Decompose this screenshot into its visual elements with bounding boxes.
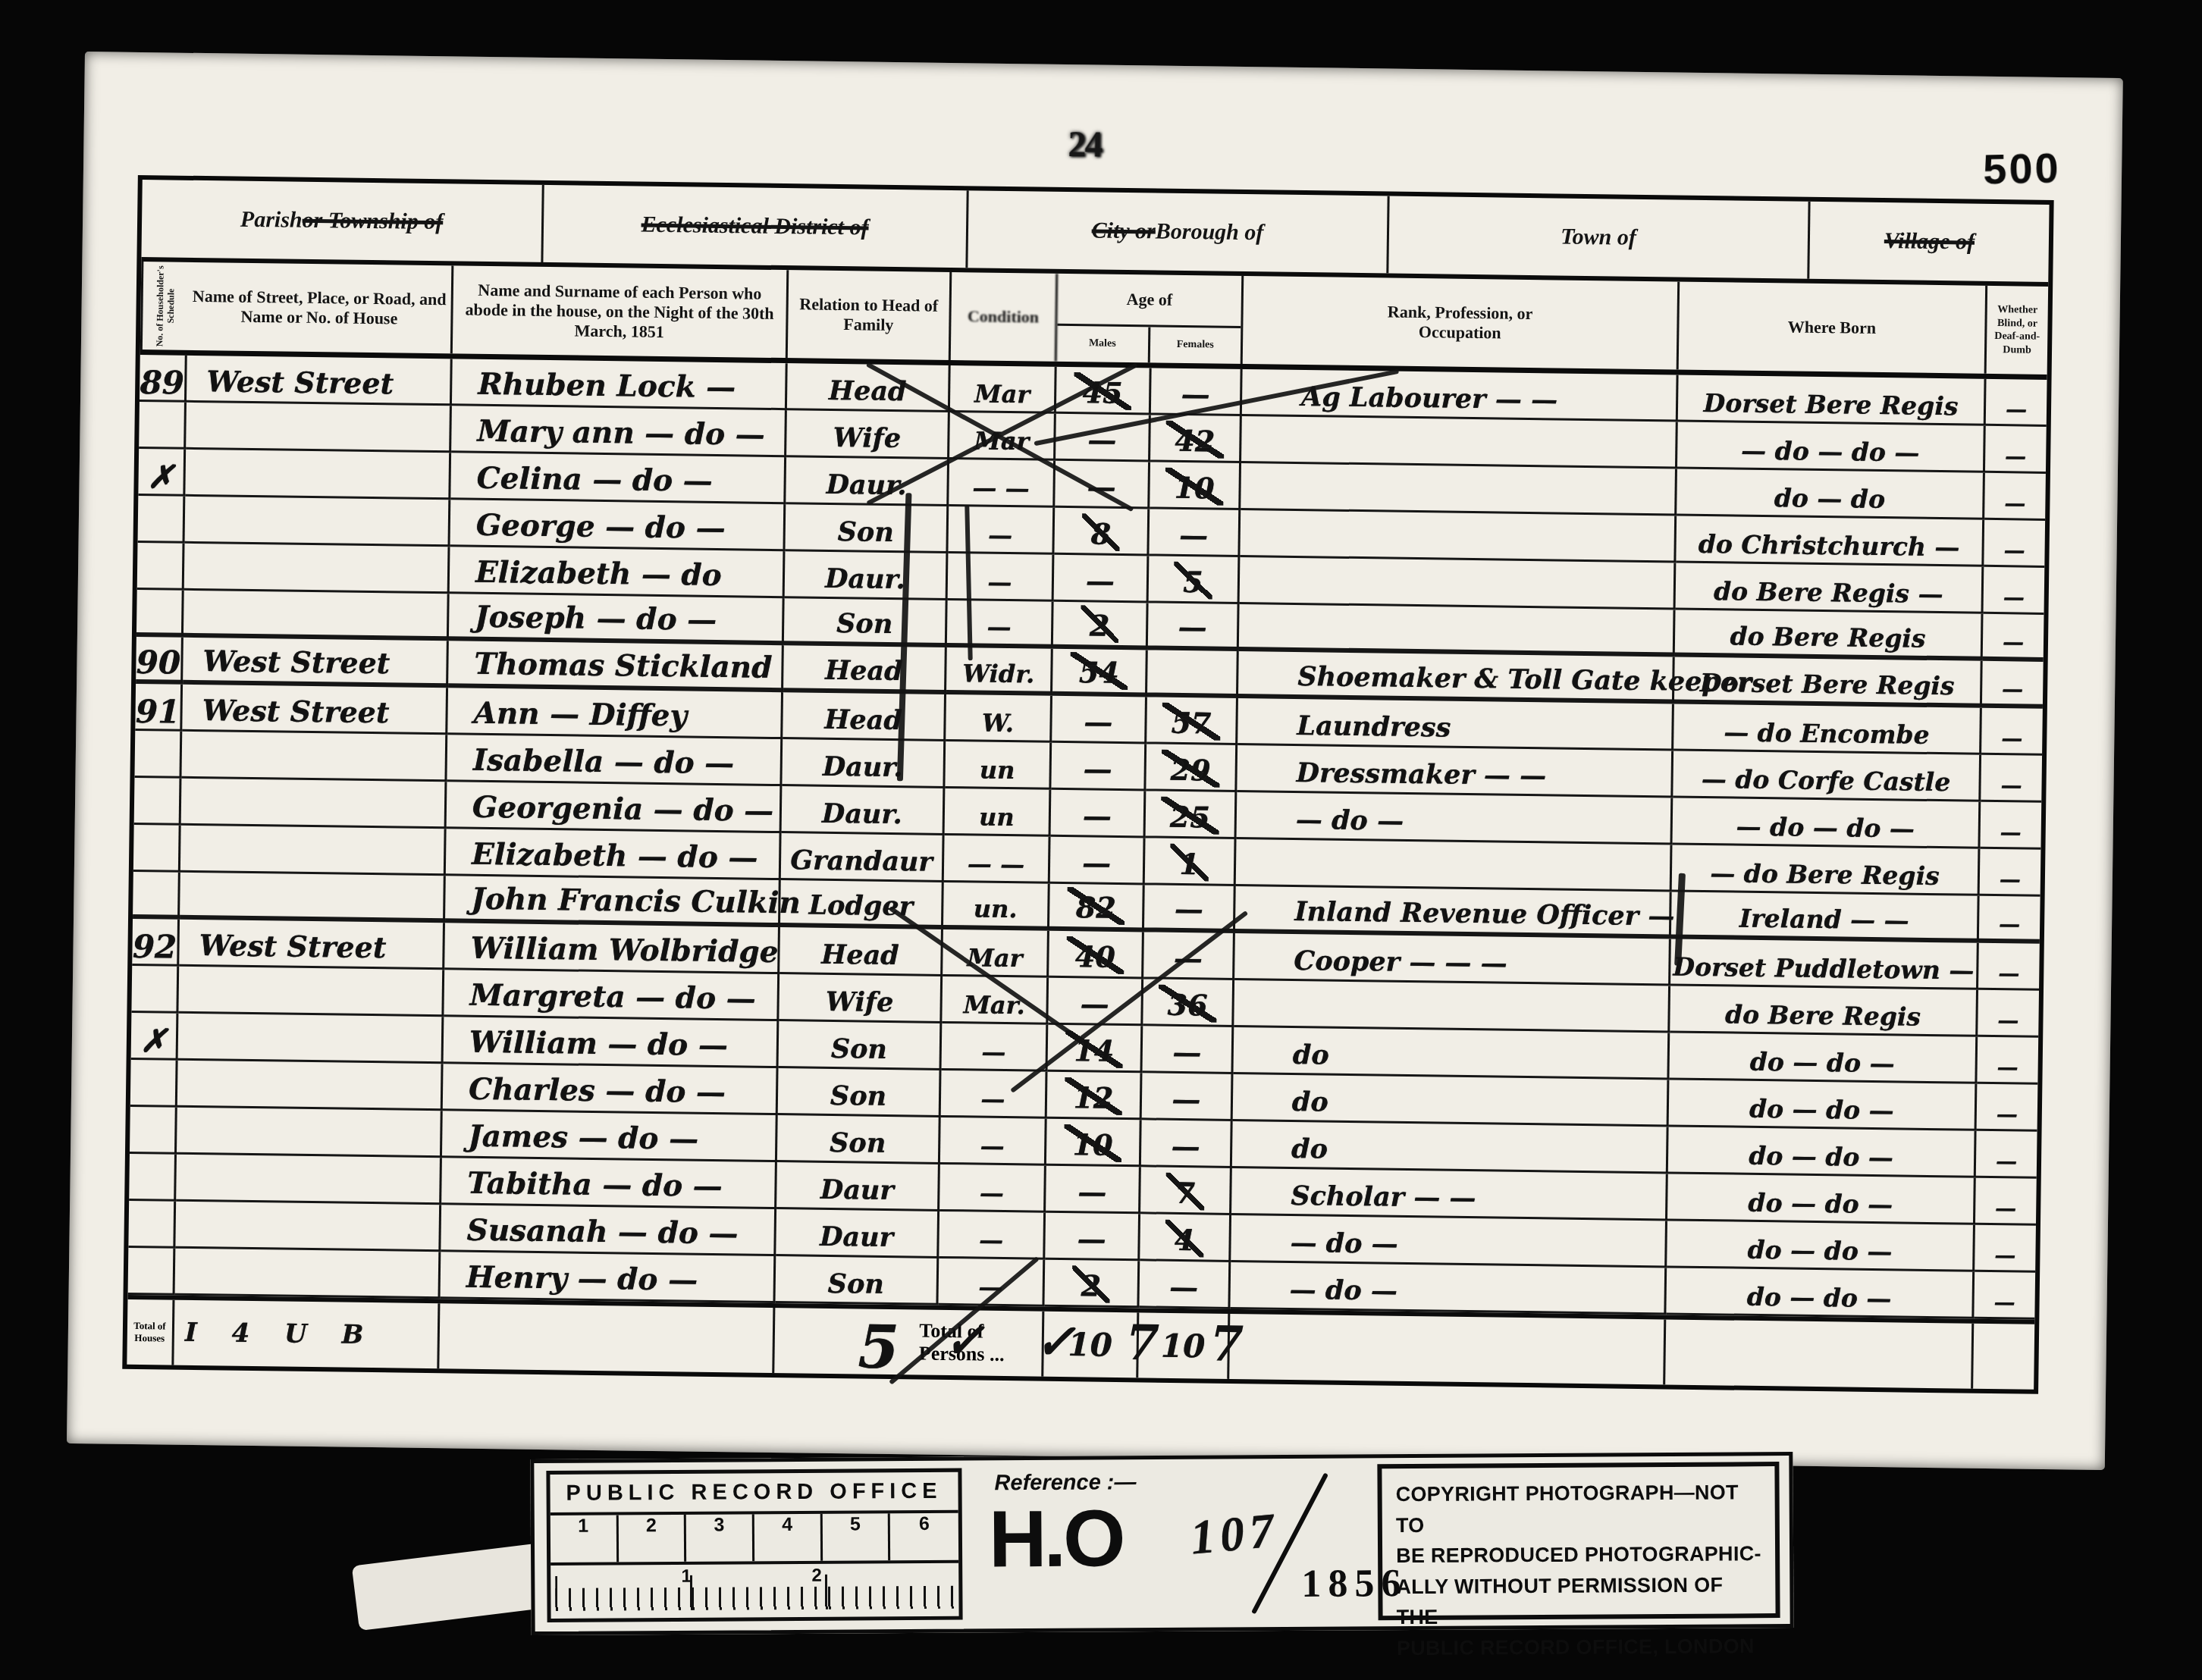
person-name-text: Henry — do — bbox=[466, 1260, 698, 1298]
infirmity-mark-text: — bbox=[1997, 1008, 2018, 1033]
condition: un bbox=[945, 741, 1052, 790]
where-born: — do — do — bbox=[1677, 422, 1986, 473]
condition-text: — — bbox=[968, 849, 1025, 879]
paper-scrap bbox=[352, 1543, 550, 1631]
infirmity-mark: — bbox=[1981, 708, 2043, 756]
street-name-text: West Street bbox=[206, 364, 394, 400]
age-male-text: — bbox=[1083, 798, 1112, 832]
photograph-background: 24 500 Parish or Township ofEcclesiastic… bbox=[0, 0, 2202, 1680]
schedule-number: 92 bbox=[132, 919, 180, 967]
occupation bbox=[1240, 557, 1677, 610]
relation-to-head: Head bbox=[783, 645, 947, 694]
occupation-text: — do — bbox=[1290, 1227, 1398, 1260]
where-born-text: Dorset Puddletown — bbox=[1673, 952, 1974, 986]
infirmity-mark-text: — bbox=[1999, 911, 2020, 936]
person-name: William Wolbridge bbox=[444, 923, 780, 974]
relation-to-head: Son bbox=[785, 504, 949, 553]
place-header-text-struck: Ecclesiastical District of bbox=[641, 212, 868, 241]
age-female: 5 bbox=[1149, 556, 1241, 604]
occupation: Cooper — — — bbox=[1234, 933, 1671, 986]
age-male-text: — bbox=[1082, 845, 1112, 879]
col-header-schedule: No. of Householder's Schedule bbox=[140, 262, 189, 350]
street-name-text: West Street bbox=[202, 644, 390, 680]
reference-zone: Reference :— H.O 107 1856 bbox=[977, 1458, 1372, 1628]
where-born-text: — do — do — bbox=[1736, 812, 1915, 844]
relation-to-head-text: Son bbox=[837, 516, 894, 548]
relation-to-head: Son bbox=[778, 1068, 942, 1117]
ruler-inch-number: 5 bbox=[850, 1513, 861, 1535]
occupation: — do — bbox=[1230, 1262, 1667, 1315]
infirmity-mark-text: — bbox=[2003, 629, 2024, 654]
infirmity-mark: — bbox=[1977, 1084, 2038, 1132]
occupation-text: do bbox=[1292, 1086, 1328, 1118]
where-born-text: do Bere Regis bbox=[1725, 999, 1921, 1031]
ruler-major-ticks bbox=[555, 1574, 954, 1611]
infirmity-mark: — bbox=[1981, 755, 2042, 803]
age-female-text: 7 bbox=[1165, 1173, 1204, 1211]
relation-to-head-text: Daur. bbox=[822, 798, 902, 830]
street-name bbox=[178, 1014, 444, 1064]
footer-empty-name-cell bbox=[439, 1303, 775, 1373]
age-female-text: — bbox=[1172, 1082, 1201, 1116]
age-male-text: 12 bbox=[1064, 1077, 1123, 1115]
street-name-text: West Street bbox=[202, 693, 389, 729]
street-name bbox=[184, 544, 450, 594]
street-name bbox=[180, 873, 446, 923]
where-born-text: do Bere Regis bbox=[1730, 621, 1925, 653]
occupation bbox=[1241, 463, 1677, 516]
where-born: — do Corfe Castle bbox=[1673, 751, 1981, 802]
person-name: Celina — do — bbox=[450, 453, 786, 504]
age-male: 82 bbox=[1049, 884, 1145, 932]
schedule-number bbox=[131, 966, 179, 1014]
ruler-inch-number: 6 bbox=[919, 1513, 930, 1535]
person-name-text: Georgenia — do — bbox=[472, 790, 774, 829]
person-name-text: Elizabeth — do — bbox=[472, 837, 758, 876]
age-female: — bbox=[1149, 509, 1241, 557]
schedule-number bbox=[133, 872, 180, 920]
schedule-number: ✗ bbox=[138, 449, 186, 497]
person-name: Mary ann — do — bbox=[451, 406, 787, 457]
person-name-text: Charles — do — bbox=[469, 1072, 726, 1110]
schedule-number bbox=[136, 590, 184, 638]
where-born: — do Encombe bbox=[1673, 704, 1982, 755]
condition-text: un bbox=[979, 803, 1015, 832]
occupation: Dressmaker — — bbox=[1237, 745, 1673, 798]
infirmity-mark-text: — bbox=[2002, 676, 2023, 701]
condition-text: — bbox=[980, 1179, 1004, 1208]
col-header-age-males: Males bbox=[1057, 326, 1150, 363]
schedule-number bbox=[128, 1248, 176, 1296]
person-name-text: Celina — do — bbox=[476, 461, 713, 499]
age-male: — bbox=[1046, 1166, 1141, 1215]
street-name bbox=[180, 826, 447, 876]
col-header-street: Name of Street, Place, or Road, and Name… bbox=[187, 262, 453, 354]
infirmity-mark: — bbox=[1984, 473, 2046, 521]
infirmity-mark-text: — bbox=[2006, 396, 2027, 422]
ruler-inch-cell: 1 bbox=[550, 1515, 619, 1562]
relation-to-head-text: Head bbox=[825, 655, 903, 687]
copyright-notice-box: COPYRIGHT PHOTOGRAPH—NOT TOBE REPRODUCED… bbox=[1377, 1462, 1780, 1620]
schedule-number bbox=[134, 731, 182, 779]
infirmity-mark-text: — bbox=[2003, 538, 2025, 563]
age-male: — bbox=[1050, 837, 1146, 885]
age-female: 57 bbox=[1146, 697, 1238, 745]
age-female: 1 bbox=[1145, 838, 1237, 886]
occupation-text: Scholar — — bbox=[1291, 1180, 1476, 1214]
street-name bbox=[177, 1108, 443, 1158]
where-born-text: do — do — bbox=[1750, 1047, 1895, 1078]
relation-to-head-text: Grandaur bbox=[790, 845, 933, 877]
occupation: Shoemaker & Toll Gate keeper bbox=[1238, 651, 1675, 704]
schedule-number bbox=[130, 1060, 178, 1108]
where-born-text: do — do — bbox=[1748, 1188, 1893, 1219]
infirmity-mark: — bbox=[1978, 943, 2040, 991]
person-name-text: Thomas Stickland bbox=[474, 647, 773, 685]
occupation: Ag Labourer — — bbox=[1242, 369, 1679, 422]
condition: — bbox=[942, 1023, 1049, 1072]
houses-tally: 5 bbox=[858, 1312, 899, 1382]
infirmity-mark: — bbox=[1979, 896, 2040, 944]
age-female: 10 bbox=[1150, 462, 1241, 510]
condition: — bbox=[940, 1117, 1047, 1166]
ruler-inch-number: 1 bbox=[578, 1515, 588, 1537]
footer-empty-infirm-cell bbox=[1973, 1324, 2034, 1390]
schedule-number-text: 89 bbox=[140, 368, 184, 398]
total-houses-label: Total of Houses bbox=[127, 1299, 174, 1365]
person-name-text: Isabella — do — bbox=[473, 743, 735, 782]
street-name bbox=[176, 1155, 442, 1205]
age-male-text: 2 bbox=[1081, 605, 1119, 643]
age-female: — bbox=[1139, 1261, 1231, 1309]
where-born: do — do — bbox=[1666, 1268, 1975, 1318]
occupation: Laundress bbox=[1237, 698, 1674, 751]
person-name: Rhuben Lock — bbox=[452, 359, 788, 410]
street-name: West Street bbox=[182, 685, 448, 735]
occupation: do bbox=[1233, 1027, 1670, 1080]
schedule-number-text: 91 bbox=[136, 697, 180, 727]
occupation bbox=[1234, 980, 1670, 1033]
infirmity-mark-text: — bbox=[2001, 726, 2022, 751]
age-male-text: 2 bbox=[1071, 1265, 1110, 1303]
infirmity-mark: — bbox=[1986, 379, 2047, 427]
place-header-text-struck: City or bbox=[1091, 218, 1156, 244]
street-name bbox=[183, 591, 450, 641]
relation-to-head: Grandaur bbox=[781, 833, 945, 882]
occupation-text: Ag Labourer — — bbox=[1301, 381, 1557, 415]
age-male: 40 bbox=[1049, 931, 1144, 979]
schedule-number bbox=[130, 1107, 177, 1155]
occupation: — do — bbox=[1237, 792, 1673, 845]
age-female-text: 42 bbox=[1165, 421, 1225, 459]
schedule-number bbox=[134, 778, 182, 826]
age-female: — bbox=[1144, 885, 1236, 933]
census-rows: 89West StreetRhuben Lock —HeadMar45—Ag L… bbox=[128, 355, 2047, 1320]
col-header-born: Where Born bbox=[1679, 282, 1987, 374]
occupation bbox=[1241, 416, 1678, 469]
infirmity-mark: — bbox=[1984, 520, 2045, 568]
relation-to-head: Wife bbox=[786, 410, 950, 459]
occupation bbox=[1239, 604, 1676, 657]
condition: — bbox=[948, 553, 1055, 602]
schedule-number: 91 bbox=[135, 684, 183, 732]
col-header-age: Age of Males Females bbox=[1057, 274, 1244, 364]
condition-text: W. bbox=[982, 709, 1015, 738]
street-name bbox=[181, 732, 447, 782]
relation-to-head: Daur. bbox=[782, 786, 946, 835]
person-name-text: James — do — bbox=[468, 1119, 698, 1157]
person-name: James — do — bbox=[442, 1111, 778, 1162]
relation-to-head: Head bbox=[783, 692, 946, 741]
reference-department: H.O bbox=[989, 1493, 1123, 1585]
age-male-text: 82 bbox=[1067, 887, 1126, 925]
place-header-text-struck: Village of bbox=[1884, 228, 1975, 255]
relation-to-head: Lodger bbox=[780, 880, 944, 929]
place-header-text-pre: Parish bbox=[240, 207, 303, 234]
relation-to-head-text: Son bbox=[836, 608, 893, 640]
street-name: West Street bbox=[179, 920, 445, 970]
ruler-cm-2: 2 bbox=[811, 1566, 822, 1587]
relation-to-head-text: Daur. bbox=[826, 469, 906, 501]
place-header-cell: Parish or Township of bbox=[141, 180, 544, 262]
age-male: 45 bbox=[1056, 367, 1152, 415]
where-born-text: Dorset Bere Regis bbox=[1700, 668, 1955, 701]
condition: — bbox=[947, 600, 1054, 649]
infirmity-mark: — bbox=[1978, 990, 2039, 1038]
age-male: 54 bbox=[1052, 649, 1148, 697]
street-name bbox=[178, 967, 444, 1017]
where-born-text: do Bere Regis — bbox=[1714, 576, 1943, 609]
copyright-line: COPYRIGHT PHOTOGRAPH—NOT TO bbox=[1395, 1477, 1761, 1541]
relation-to-head: Daur bbox=[776, 1162, 940, 1211]
folio-stamp-number: 500 bbox=[1983, 143, 2062, 193]
schedule-number bbox=[138, 496, 186, 544]
person-name: George — do — bbox=[450, 500, 786, 551]
occupation: do bbox=[1232, 1121, 1669, 1174]
schedule-number bbox=[139, 402, 187, 450]
occupation-text: Dressmaker — — bbox=[1296, 757, 1546, 791]
age-female-text: — bbox=[1171, 1129, 1200, 1163]
relation-to-head-text: Son bbox=[827, 1268, 884, 1300]
infirmity-mark-text: — bbox=[2003, 585, 2025, 610]
age-female: — bbox=[1142, 1073, 1234, 1121]
condition: — — bbox=[944, 835, 1051, 884]
condition-text: — bbox=[988, 521, 1012, 550]
age-male: 2 bbox=[1053, 602, 1149, 650]
where-born: Dorset Bere Regis bbox=[1674, 657, 1983, 708]
occupation-text: do bbox=[1293, 1039, 1329, 1071]
person-name-text: Margreta — do — bbox=[469, 978, 755, 1017]
age-male-text: 40 bbox=[1066, 936, 1125, 974]
age-male: — bbox=[1054, 555, 1150, 603]
copyright-line: PUBLIC RECORD OFFICE, LONDON bbox=[1397, 1631, 1762, 1663]
where-born: do — do — bbox=[1667, 1174, 1976, 1224]
enumerator-check-marks: ✓ ✓ 7 7 bbox=[943, 1312, 1260, 1373]
footer-empty-born-cell bbox=[1665, 1319, 1974, 1388]
person-name-text: Ann — Diffey bbox=[473, 696, 687, 734]
age-female-text: — bbox=[1178, 610, 1207, 644]
infirmity-mark-text: — bbox=[1998, 961, 2019, 986]
age-male: — bbox=[1052, 696, 1147, 744]
relation-to-head-text: Head bbox=[821, 939, 899, 971]
where-born: do — do bbox=[1677, 469, 1985, 520]
infirmity-mark: — bbox=[1983, 614, 2044, 662]
age-female-text: 10 bbox=[1165, 468, 1224, 506]
schedule-number bbox=[129, 1154, 177, 1202]
age-female-text: — bbox=[1181, 377, 1210, 411]
person-name-text: John Francis Culkin bbox=[471, 882, 801, 921]
age-male-text: 8 bbox=[1081, 513, 1120, 551]
age-female: 36 bbox=[1143, 979, 1234, 1027]
infirmity-mark-text: — bbox=[1994, 1243, 2015, 1268]
occupation-text: do bbox=[1291, 1133, 1328, 1165]
relation-to-head-text: Son bbox=[831, 1033, 888, 1065]
condition-text: — — bbox=[972, 473, 1030, 503]
occupation: Scholar — — bbox=[1231, 1168, 1668, 1221]
where-born: do — do — bbox=[1669, 1033, 1978, 1083]
relation-to-head-text: Daur bbox=[820, 1221, 893, 1253]
infirmity-mark: — bbox=[1980, 849, 2041, 897]
age-male: — bbox=[1055, 461, 1150, 509]
footer-empty-occupation-cell bbox=[1229, 1314, 1666, 1385]
col-header-infirm: Whether Blind, or Deaf-and-Dumb bbox=[1987, 286, 2049, 375]
where-born: do Bere Regis bbox=[1675, 610, 1984, 661]
where-born: Ireland — — bbox=[1671, 892, 1980, 942]
where-born-text: do — do — bbox=[1749, 1094, 1894, 1125]
occupation: do bbox=[1233, 1074, 1670, 1127]
occupation-text: — do — bbox=[1289, 1274, 1397, 1307]
occupation-text: Inland Revenue Officer — bbox=[1294, 896, 1675, 932]
infirmity-mark: — bbox=[1974, 1272, 2035, 1320]
condition: un. bbox=[943, 882, 1050, 931]
street-name bbox=[175, 1249, 441, 1299]
place-header-text-struck: or Township of bbox=[302, 208, 443, 235]
person-name: Margreta — do — bbox=[444, 970, 779, 1021]
col-header-age-label: Age of bbox=[1057, 274, 1241, 328]
total-houses-marks: I 4 U B bbox=[174, 1300, 440, 1369]
person-name-text: Mary ann — do — bbox=[477, 414, 765, 453]
condition-text: — bbox=[980, 1085, 1005, 1114]
pro-stamp-strip: PUBLIC RECORD OFFICE 123456 1 2 Referenc… bbox=[530, 1452, 1793, 1635]
age-female-text: 57 bbox=[1162, 703, 1221, 741]
schedule-number: ✗ bbox=[131, 1013, 179, 1061]
infirmity-mark-text: — bbox=[1997, 1055, 2018, 1080]
age-male-text: 54 bbox=[1070, 652, 1129, 690]
relation-to-head-text: Wife bbox=[826, 986, 894, 1018]
person-name-text: William Wolbridge bbox=[470, 931, 778, 970]
ruler-inch-cell: 3 bbox=[686, 1514, 754, 1562]
reference-piece-number: 107 bbox=[1188, 1502, 1281, 1566]
schedule-number bbox=[137, 543, 185, 591]
where-born: — do — do — bbox=[1672, 798, 1981, 848]
condition-text: un. bbox=[974, 894, 1018, 923]
age-male: — bbox=[1045, 1213, 1140, 1262]
relation-to-head-text: Daur bbox=[820, 1174, 894, 1206]
age-female-text: 25 bbox=[1161, 797, 1220, 835]
pro-office-title: PUBLIC RECORD OFFICE bbox=[550, 1472, 958, 1512]
person-name: Joseph — do — bbox=[449, 594, 785, 645]
infirmity-mark: — bbox=[1985, 426, 2047, 474]
reference-label: Reference :— bbox=[994, 1470, 1136, 1496]
condition: W. bbox=[946, 694, 1052, 743]
infirmity-mark-text: — bbox=[1995, 1196, 2016, 1221]
schedule-number-text: ✗ bbox=[140, 1026, 168, 1055]
where-born-text: — do Corfe Castle bbox=[1702, 764, 1951, 797]
condition: Widr. bbox=[946, 647, 1053, 696]
relation-to-head: Son bbox=[777, 1115, 941, 1164]
age-female: 4 bbox=[1140, 1214, 1231, 1262]
occupation: — do — bbox=[1231, 1215, 1667, 1268]
col-header-occupation: Rank, Profession, or Occupation bbox=[1243, 276, 1680, 370]
relation-to-head-text: Daur. bbox=[825, 563, 905, 595]
relation-to-head-text: Wife bbox=[833, 422, 901, 454]
age-female-text: — bbox=[1169, 1270, 1199, 1304]
infirmity-mark: — bbox=[1980, 802, 2041, 850]
where-born-text: — do Bere Regis bbox=[1710, 858, 1940, 891]
age-male-text: — bbox=[1080, 986, 1109, 1020]
condition-text: — bbox=[979, 1226, 1003, 1255]
infirmity-mark-text: — bbox=[2000, 820, 2022, 845]
col-header-age-females: Females bbox=[1150, 327, 1241, 364]
where-born: do — do — bbox=[1668, 1127, 1977, 1177]
age-female-text: 5 bbox=[1174, 562, 1212, 600]
person-name: Henry — do — bbox=[441, 1252, 776, 1303]
ruler-cm-1: 1 bbox=[681, 1566, 692, 1588]
person-name-text: Susanah — do — bbox=[466, 1213, 738, 1252]
age-male: 2 bbox=[1044, 1260, 1140, 1309]
relation-to-head: Son bbox=[775, 1256, 939, 1305]
street-name bbox=[175, 1202, 441, 1252]
infirmity-mark-text: — bbox=[2000, 867, 2021, 892]
where-born-text: — do — do — bbox=[1741, 436, 1920, 468]
copyright-line: ALLY WITHOUT PERMISSION OF THE bbox=[1396, 1569, 1761, 1633]
census-table: Parish or Township ofEcclesiastical Dist… bbox=[122, 175, 2053, 1394]
person-name: Tabitha — do — bbox=[441, 1158, 777, 1209]
infirmity-mark: — bbox=[1975, 1178, 2037, 1226]
condition: — bbox=[939, 1164, 1046, 1213]
ruler-inch-number: 3 bbox=[714, 1515, 724, 1537]
age-female-text: 36 bbox=[1158, 985, 1217, 1023]
person-name: Elizabeth — do bbox=[450, 547, 786, 598]
occupation-text: — do — bbox=[1296, 804, 1404, 837]
relation-to-head-text: Lodger bbox=[808, 890, 913, 923]
where-born-text: Dorset Bere Regis bbox=[1704, 388, 1959, 421]
condition: — — bbox=[949, 459, 1056, 508]
person-name: William — do — bbox=[444, 1017, 779, 1068]
person-name-text: Joseph — do — bbox=[475, 600, 717, 638]
schedule-number bbox=[133, 825, 181, 873]
place-header-text-post: Borough of bbox=[1156, 219, 1264, 246]
relation-to-head: Daur. bbox=[782, 739, 946, 788]
infirmity-mark: — bbox=[1977, 1037, 2038, 1085]
pro-office-box: PUBLIC RECORD OFFICE 123456 1 2 bbox=[546, 1468, 962, 1622]
schedule-number-text: 92 bbox=[133, 932, 177, 962]
age-male-text: — bbox=[1084, 704, 1113, 738]
condition: un bbox=[945, 788, 1052, 837]
where-born-text: do — do bbox=[1774, 483, 1886, 514]
where-born: do — do — bbox=[1667, 1221, 1975, 1271]
age-female: 25 bbox=[1146, 791, 1237, 839]
condition: Mar bbox=[950, 365, 1057, 414]
age-male-text: — bbox=[1083, 751, 1112, 785]
where-born-text: do Christchurch — bbox=[1699, 529, 1960, 563]
person-name-text: Elizabeth — do bbox=[475, 555, 722, 593]
age-female bbox=[1147, 650, 1239, 698]
relation-to-head: Daur. bbox=[786, 457, 949, 506]
age-female: — bbox=[1142, 1026, 1234, 1074]
person-name: Elizabeth — do — bbox=[446, 829, 782, 880]
where-born: do Bere Regis bbox=[1670, 986, 1978, 1036]
